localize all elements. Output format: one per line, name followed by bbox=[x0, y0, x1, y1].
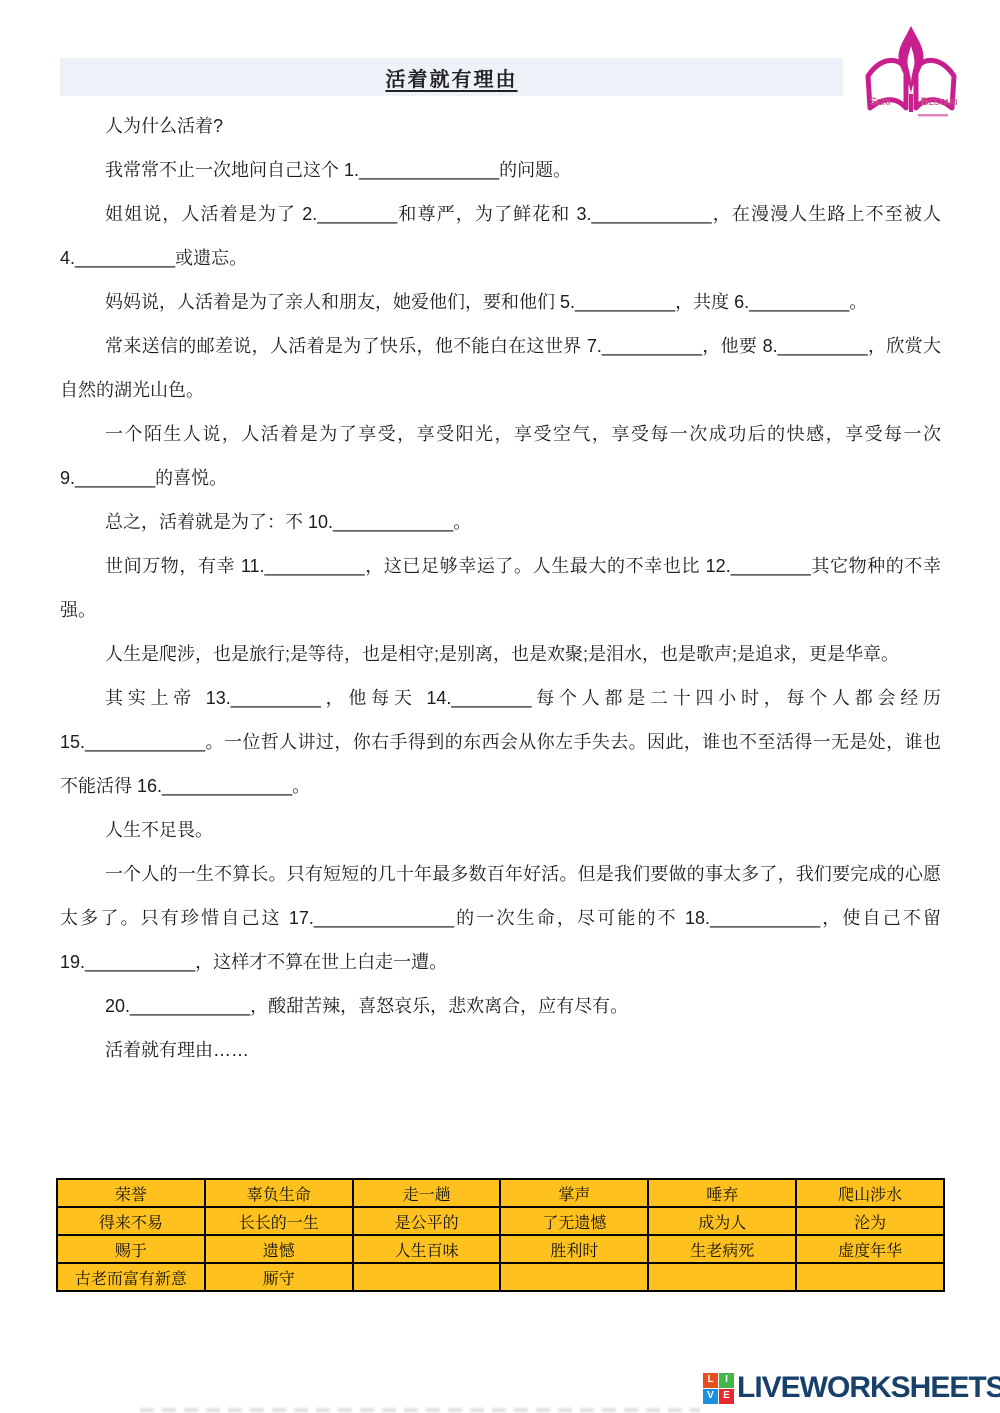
word-bank-cell: 沦为 bbox=[796, 1207, 944, 1235]
paragraph-life-is: 人生是爬涉，也是旅行;是等待，也是相守;是别离，也是欢聚;是泪水，也是歌声;是追… bbox=[60, 632, 941, 676]
word-bank-row: 荣誉 辜负生命 走一趟 掌声 唾弃 爬山涉水 bbox=[57, 1179, 944, 1207]
word-bank-cell bbox=[648, 1263, 796, 1291]
word-bank-cell: 掌声 bbox=[500, 1179, 648, 1207]
icon-letter-l: L bbox=[703, 1373, 718, 1388]
word-bank-cell: 生老病死 bbox=[648, 1235, 796, 1263]
page-title: 活着就有理由 bbox=[386, 63, 518, 92]
word-bank-cell: 成为人 bbox=[648, 1207, 796, 1235]
worksheet-body: 人为什么活着? 我常常不止一次地问自己这个 1.______________的问… bbox=[60, 104, 941, 1072]
liveworksheets-wordmark: LIVEWORKSHEETS bbox=[737, 1371, 1000, 1405]
icon-letter-i: I bbox=[719, 1373, 734, 1388]
word-bank-cell bbox=[500, 1263, 648, 1291]
icon-letter-e: E bbox=[719, 1389, 734, 1404]
paragraph-fortune: 世间万物，有幸 11.__________，这已足够幸运了。人生最大的不幸也比 … bbox=[60, 544, 941, 632]
word-bank-cell bbox=[796, 1263, 944, 1291]
paragraph-postman: 常来送信的邮差说，人活着是为了快乐，他不能白在这世界 7.__________，… bbox=[60, 324, 941, 412]
word-bank-cell: 遗憾 bbox=[205, 1235, 353, 1263]
word-bank-cell: 古老而富有新意 bbox=[57, 1263, 205, 1291]
paragraph-no-fear: 人生不足畏。 bbox=[60, 808, 941, 852]
word-bank-row: 古老而富有新意 厮守 bbox=[57, 1263, 944, 1291]
word-bank-cell: 厮守 bbox=[205, 1263, 353, 1291]
word-bank-cell: 胜利时 bbox=[500, 1235, 648, 1263]
word-bank-table: 荣誉 辜负生命 走一趟 掌声 唾弃 爬山涉水 得来不易 长长的一生 是公平的 了… bbox=[56, 1178, 945, 1292]
paragraph-closing: 活着就有理由…… bbox=[60, 1028, 941, 1072]
worksheet-page: 活着就有理由 Seri Bestari 人为什么活着? 我常常不止一次地问自己这… bbox=[0, 0, 1000, 1413]
word-bank-cell: 长长的一生 bbox=[205, 1207, 353, 1235]
word-bank-cell: 是公平的 bbox=[353, 1207, 501, 1235]
word-bank-cell: 虚度年华 bbox=[796, 1235, 944, 1263]
word-bank-row: 得来不易 长长的一生 是公平的 了无遗憾 成为人 沦为 bbox=[57, 1207, 944, 1235]
word-bank-cell: 赐于 bbox=[57, 1235, 205, 1263]
paragraph-summary: 总之，活着就是为了：不 10.____________。 bbox=[60, 500, 941, 544]
word-bank-cell: 爬山涉水 bbox=[796, 1179, 944, 1207]
word-bank-cell: 了无遗憾 bbox=[500, 1207, 648, 1235]
word-bank-cell: 得来不易 bbox=[57, 1207, 205, 1235]
word-bank-cell: 唾弃 bbox=[648, 1179, 796, 1207]
paragraph-god: 其实上帝 13._________，他每天 14.________每个人都是二十… bbox=[60, 676, 941, 808]
liveworksheets-logo[interactable]: L I V E LIVEWORKSHEETS bbox=[703, 1371, 1000, 1405]
word-bank-cell: 走一趟 bbox=[353, 1179, 501, 1207]
paragraph-stranger: 一个陌生人说，人活着是为了享受，享受阳光，享受空气，享受每一次成功后的快感，享受… bbox=[60, 412, 941, 500]
word-bank-cell: 荣誉 bbox=[57, 1179, 205, 1207]
paragraph-cherish: 一个人的一生不算长。只有短短的几十年最多数百年好活。但是我们要做的事太多了，我们… bbox=[60, 852, 941, 984]
paragraph-intro: 我常常不止一次地问自己这个 1.______________的问题。 bbox=[60, 148, 941, 192]
paragraph-flavors: 20.____________，酸甜苦辣，喜怒哀乐，悲欢离合，应有尽有。 bbox=[60, 984, 941, 1028]
word-bank-row: 赐于 遗憾 人生百味 胜利时 生老病死 虚度年华 bbox=[57, 1235, 944, 1263]
cutoff-text-line bbox=[140, 1408, 700, 1412]
liveworksheets-grid-icon: L I V E bbox=[703, 1373, 734, 1404]
paragraph-sister: 姐姐说，人活着是为了 2.________和尊严，为了鲜花和 3._______… bbox=[60, 192, 941, 280]
title-band: 活着就有理由 bbox=[60, 58, 843, 96]
word-bank-cell: 人生百味 bbox=[353, 1235, 501, 1263]
paragraph-mother: 妈妈说，人活着是为了亲人和朋友，她爱他们，要和他们 5.__________，共… bbox=[60, 280, 941, 324]
icon-letter-v: V bbox=[703, 1389, 718, 1404]
paragraph-question: 人为什么活着? bbox=[60, 104, 941, 148]
word-bank-cell: 辜负生命 bbox=[205, 1179, 353, 1207]
word-bank-cell bbox=[353, 1263, 501, 1291]
